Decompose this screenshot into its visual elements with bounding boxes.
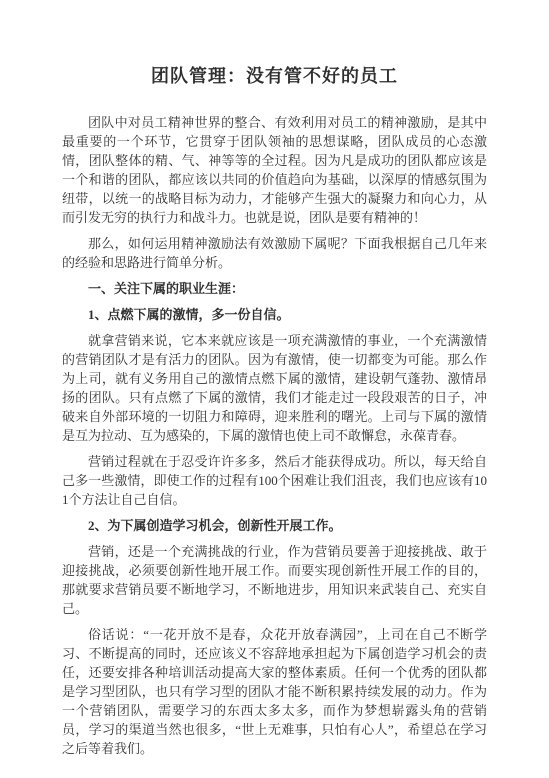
subsection-heading-2: 2、为下属创造学习机会，创新性开展工作。	[62, 516, 487, 535]
paragraph-intro-2: 那么，如何运用精神激励法有效激励下属呢？下面我根据自己几年来的经验和思路进行简单…	[62, 234, 487, 272]
subsection-heading-1: 1、点燃下属的激情，多一份自信。	[62, 305, 487, 324]
paragraph-intro-1: 团队中对员工精神世界的整合、有效利用对员工的精神激励，是其中最重要的一个环节，它…	[62, 113, 487, 227]
paragraph-passion-2: 营销过程就在于忍受许许多多，然后才能获得成功。所以，每天给自己多一些激情，即使工…	[62, 452, 487, 509]
paragraph-passion-1: 就拿营销来说，它本来就应该是一项充满激情的事业，一个充满激情的营销团队才是有活力…	[62, 331, 487, 445]
paragraph-learning-2: 俗话说：“一花开放不是春，众花开放春满园”，上司在自己不断学习、不断提高的同时，…	[62, 625, 487, 758]
document-page: 团队管理：没有管不好的员工 团队中对员工精神世界的整合、有效利用对员工的精神激励…	[0, 0, 549, 778]
document-title: 团队管理：没有管不好的员工	[62, 64, 487, 88]
section-heading-1: 一、关注下属的职业生涯：	[62, 279, 487, 298]
paragraph-learning-1: 营销，还是一个充满挑战的行业，作为营销员要善于迎接挑战、敢于迎接挑战，必须要创新…	[62, 542, 487, 618]
